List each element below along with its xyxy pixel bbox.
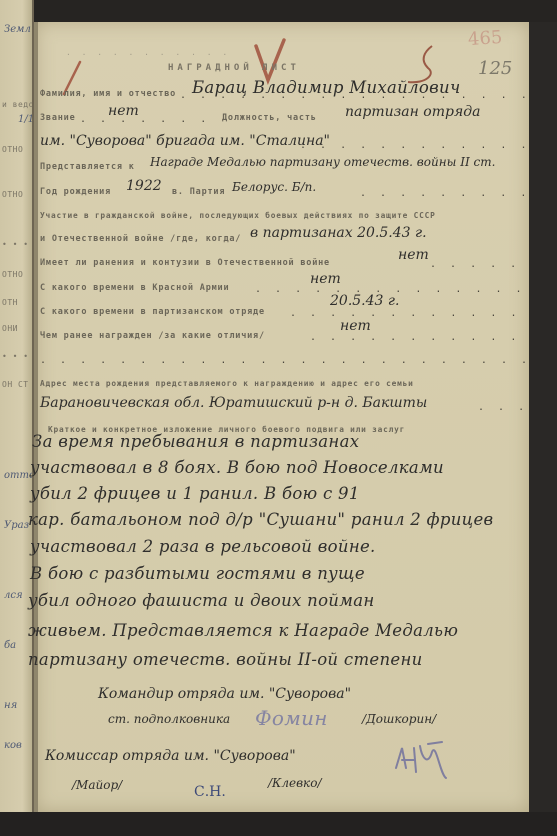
narrative-line: За время пребывания в партизанах [32, 432, 359, 451]
field-value-position: партизан отряда [345, 104, 480, 120]
narrative-line: партизану отечеств. войны II-ой степени [28, 650, 423, 669]
underlying-typed-line: ОН СТ [2, 380, 29, 389]
narrative-line: участвовал в 8 боях. В бою под Новоселка… [30, 458, 444, 477]
underlying-handwriting: лся [4, 590, 23, 601]
underlying-typed-line: • • • • [2, 352, 34, 361]
field-value-unit: им. "Суворова" бригада им. "Сталина" [40, 133, 330, 149]
underlying-typed-line: ОТНО [2, 190, 23, 199]
folio-number: 125 [478, 58, 512, 79]
field-value-party: Белорус. Б/п. [232, 180, 316, 194]
signature-left-name: /Майор/ [72, 778, 122, 792]
field-label-red-army: С какого времени в Красной Армии [40, 283, 229, 293]
signature-fomin: Фомин [255, 706, 328, 730]
field-label-birth-year: Год рождения [40, 187, 111, 197]
field-value-address: Барановичевская обл. Юратишский р-н д. Б… [40, 395, 427, 411]
signature-commissar-name: /Клевко/ [268, 776, 322, 790]
dotted-line: . . . . . . . [430, 259, 525, 270]
narrative-line: живьем. Представляется к Награде Медалью [28, 621, 458, 640]
field-label-address: Адрес места рождения представляемого к н… [40, 379, 414, 388]
dotted-line: . . . . [478, 402, 528, 413]
field-value-patriotic-war: в партизанах 20.5.43 г. [250, 225, 427, 241]
underlying-typed-line: ОТН [2, 298, 18, 307]
field-value-name: Барац Владимир Михайлович [192, 78, 461, 97]
underlying-typed-line: и ведом [2, 100, 34, 109]
dotted-line: . . . . . . . . . . . . . [80, 114, 220, 125]
underlying-handwriting: ня [4, 700, 17, 711]
underlying-page: Земл и ведом 1/10 ОТНО ОТНО • • • • ОТНО… [0, 0, 34, 812]
faint-header: · · · · · · · · · · · [66, 50, 230, 59]
dotted-line: . . . . . . . . . . . . . . . . . . . . … [40, 355, 525, 366]
field-value-partisan-since: 20.5.43 г. [330, 293, 399, 309]
signature-commander-rank: ст. подполковника [108, 712, 230, 726]
underlying-typed-line: ОТНО [2, 145, 23, 154]
field-label-wounds: Имеет ли ранения и контузии в Отечествен… [40, 258, 330, 268]
narrative-line: убил одного фашиста и двоих пойман [28, 591, 375, 610]
scan-background-top [34, 0, 557, 22]
commissar-signature-scribble-icon [392, 738, 452, 784]
document-title: НАГРАДНОЙ ЛИСТ [168, 63, 300, 73]
narrative-line: В бою с разбитыми гостями в пуще [30, 564, 365, 583]
field-label-prior-awards: Чем ранее награжден /за какие отличия/ [40, 331, 265, 341]
field-label-name: Фамилия, имя и отчество [40, 89, 176, 99]
dotted-line: . . . . . . . . . . . . . . . . . . . [290, 308, 525, 319]
signature-commissar-title: Комиссар отряда им. "Суворова" [45, 748, 296, 764]
underlying-typed-line: • • • • [2, 240, 34, 249]
field-label-rank: Звание [40, 113, 76, 123]
field-value-prior-awards: нет [340, 318, 371, 334]
underlying-handwriting: ков [4, 740, 22, 751]
dotted-line: . . . . . . . . . . . . . [360, 188, 525, 199]
field-label-position: Должность, часть [222, 113, 317, 123]
dotted-line: . . . . . . . . . . . . . . . . . . . . [300, 140, 525, 151]
underlying-typed-line: ОТНО [2, 270, 23, 279]
narrative-line: кар. батальоном под д/р "Сушани" ранил 2… [28, 510, 493, 529]
underlying-handwriting: ба [4, 640, 16, 651]
scan-background-bottom [0, 812, 557, 836]
field-label-partisan-since: С какого времени в партизанском отряде [40, 307, 265, 317]
underlying-typed-line: ОНИ [2, 324, 18, 333]
field-value-wounds: нет [398, 247, 429, 263]
underlying-handwriting: Ураз [4, 520, 29, 531]
field-label-party: в. Партия [172, 187, 225, 197]
underlying-number: 1/10 [18, 114, 34, 125]
field-label-patriotic-war: и Отечественной войне /где, когда/ [40, 234, 241, 244]
narrative-line: убил 2 фрицев и 1 ранил. В бою с 91 [30, 484, 360, 503]
archive-number: 465 [467, 27, 503, 50]
signature-commander-name: /Дошкорин/ [362, 712, 436, 726]
narrative-line: участвовал 2 раза в рельсовой войне. [30, 537, 376, 556]
field-value-rank: нет [108, 103, 139, 119]
field-value-birth-year: 1922 [126, 178, 162, 194]
underlying-handwriting: Земл [4, 24, 31, 35]
field-value-red-army: нет [310, 271, 341, 287]
signature-commander-title: Командир отряда им. "Суворова" [98, 686, 351, 702]
field-label-award: Представляется к [40, 162, 135, 172]
field-value-award: Награде Медалью партизану отечеств. войн… [150, 155, 495, 169]
field-label-civil-war: Участие в гражданской войне, последующих… [40, 211, 436, 220]
sheet-fold-edge [34, 22, 38, 812]
initials-mark: С.Н. [194, 784, 226, 800]
